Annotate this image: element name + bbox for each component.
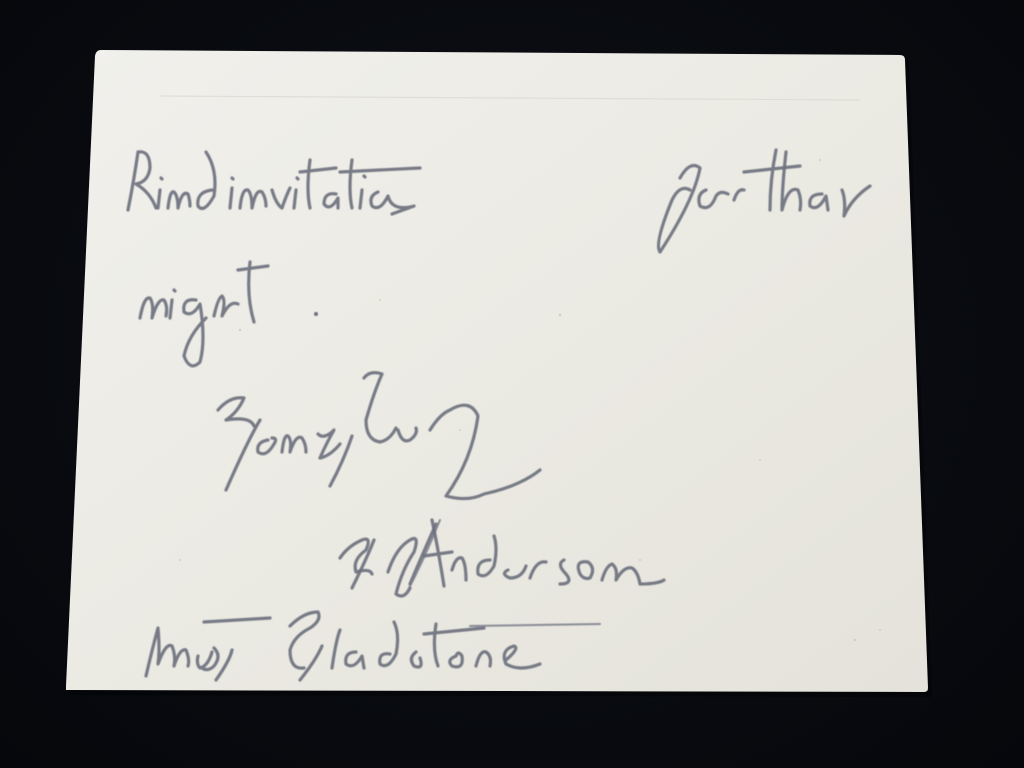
note-card: Kind invitation for that night. Yours ve… — [0, 0, 1024, 768]
card-illustration — [0, 0, 1024, 768]
card-paper — [66, 50, 928, 692]
photo-scene: Kind invitation for that night. Yours ve… — [0, 0, 1024, 768]
